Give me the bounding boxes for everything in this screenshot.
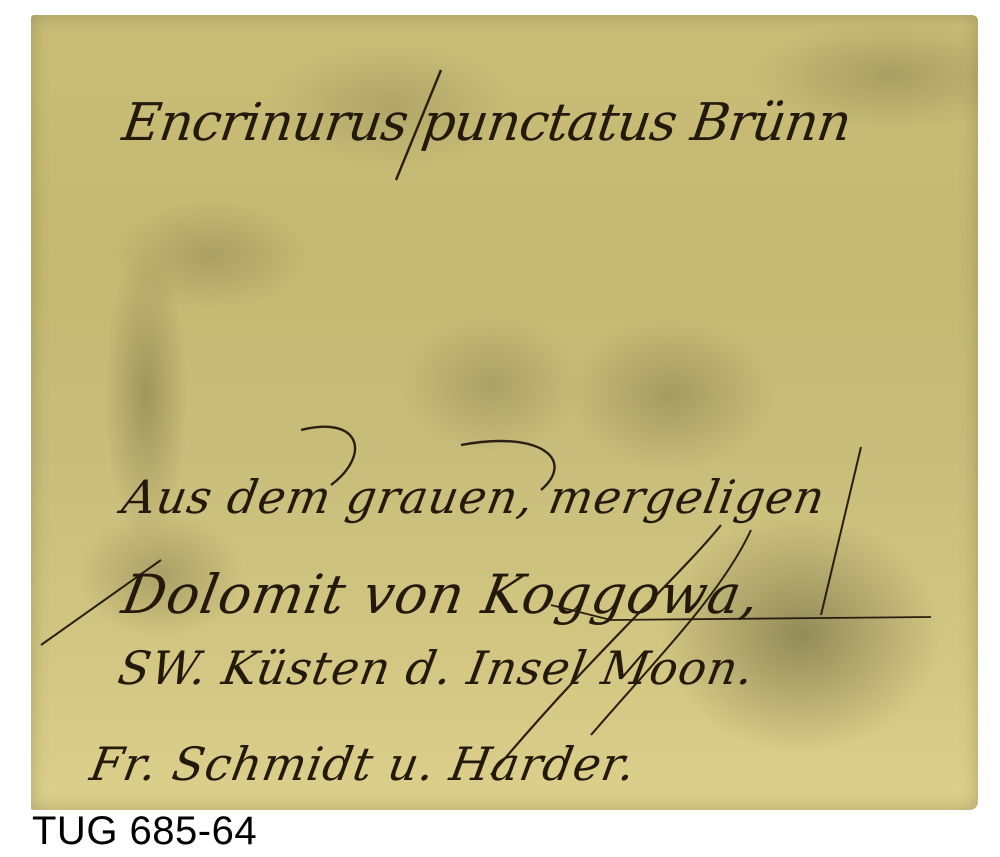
locality-line-1: Aus dem grauen, mergeligen: [118, 470, 829, 524]
collector-line: Fr. Schmidt u. Harder.: [86, 737, 640, 791]
catalog-number: TUG 685-64: [32, 808, 257, 854]
locality-line-2: Dolomit von Koggowa,: [117, 563, 765, 626]
taxon-name-line: Encrinurus punctatus Brünn: [119, 93, 854, 153]
specimen-label: Encrinurus punctatus Brünn Aus dem graue…: [31, 15, 978, 810]
locality-line-3: SW. Küsten d. Insel Moon.: [114, 641, 758, 695]
